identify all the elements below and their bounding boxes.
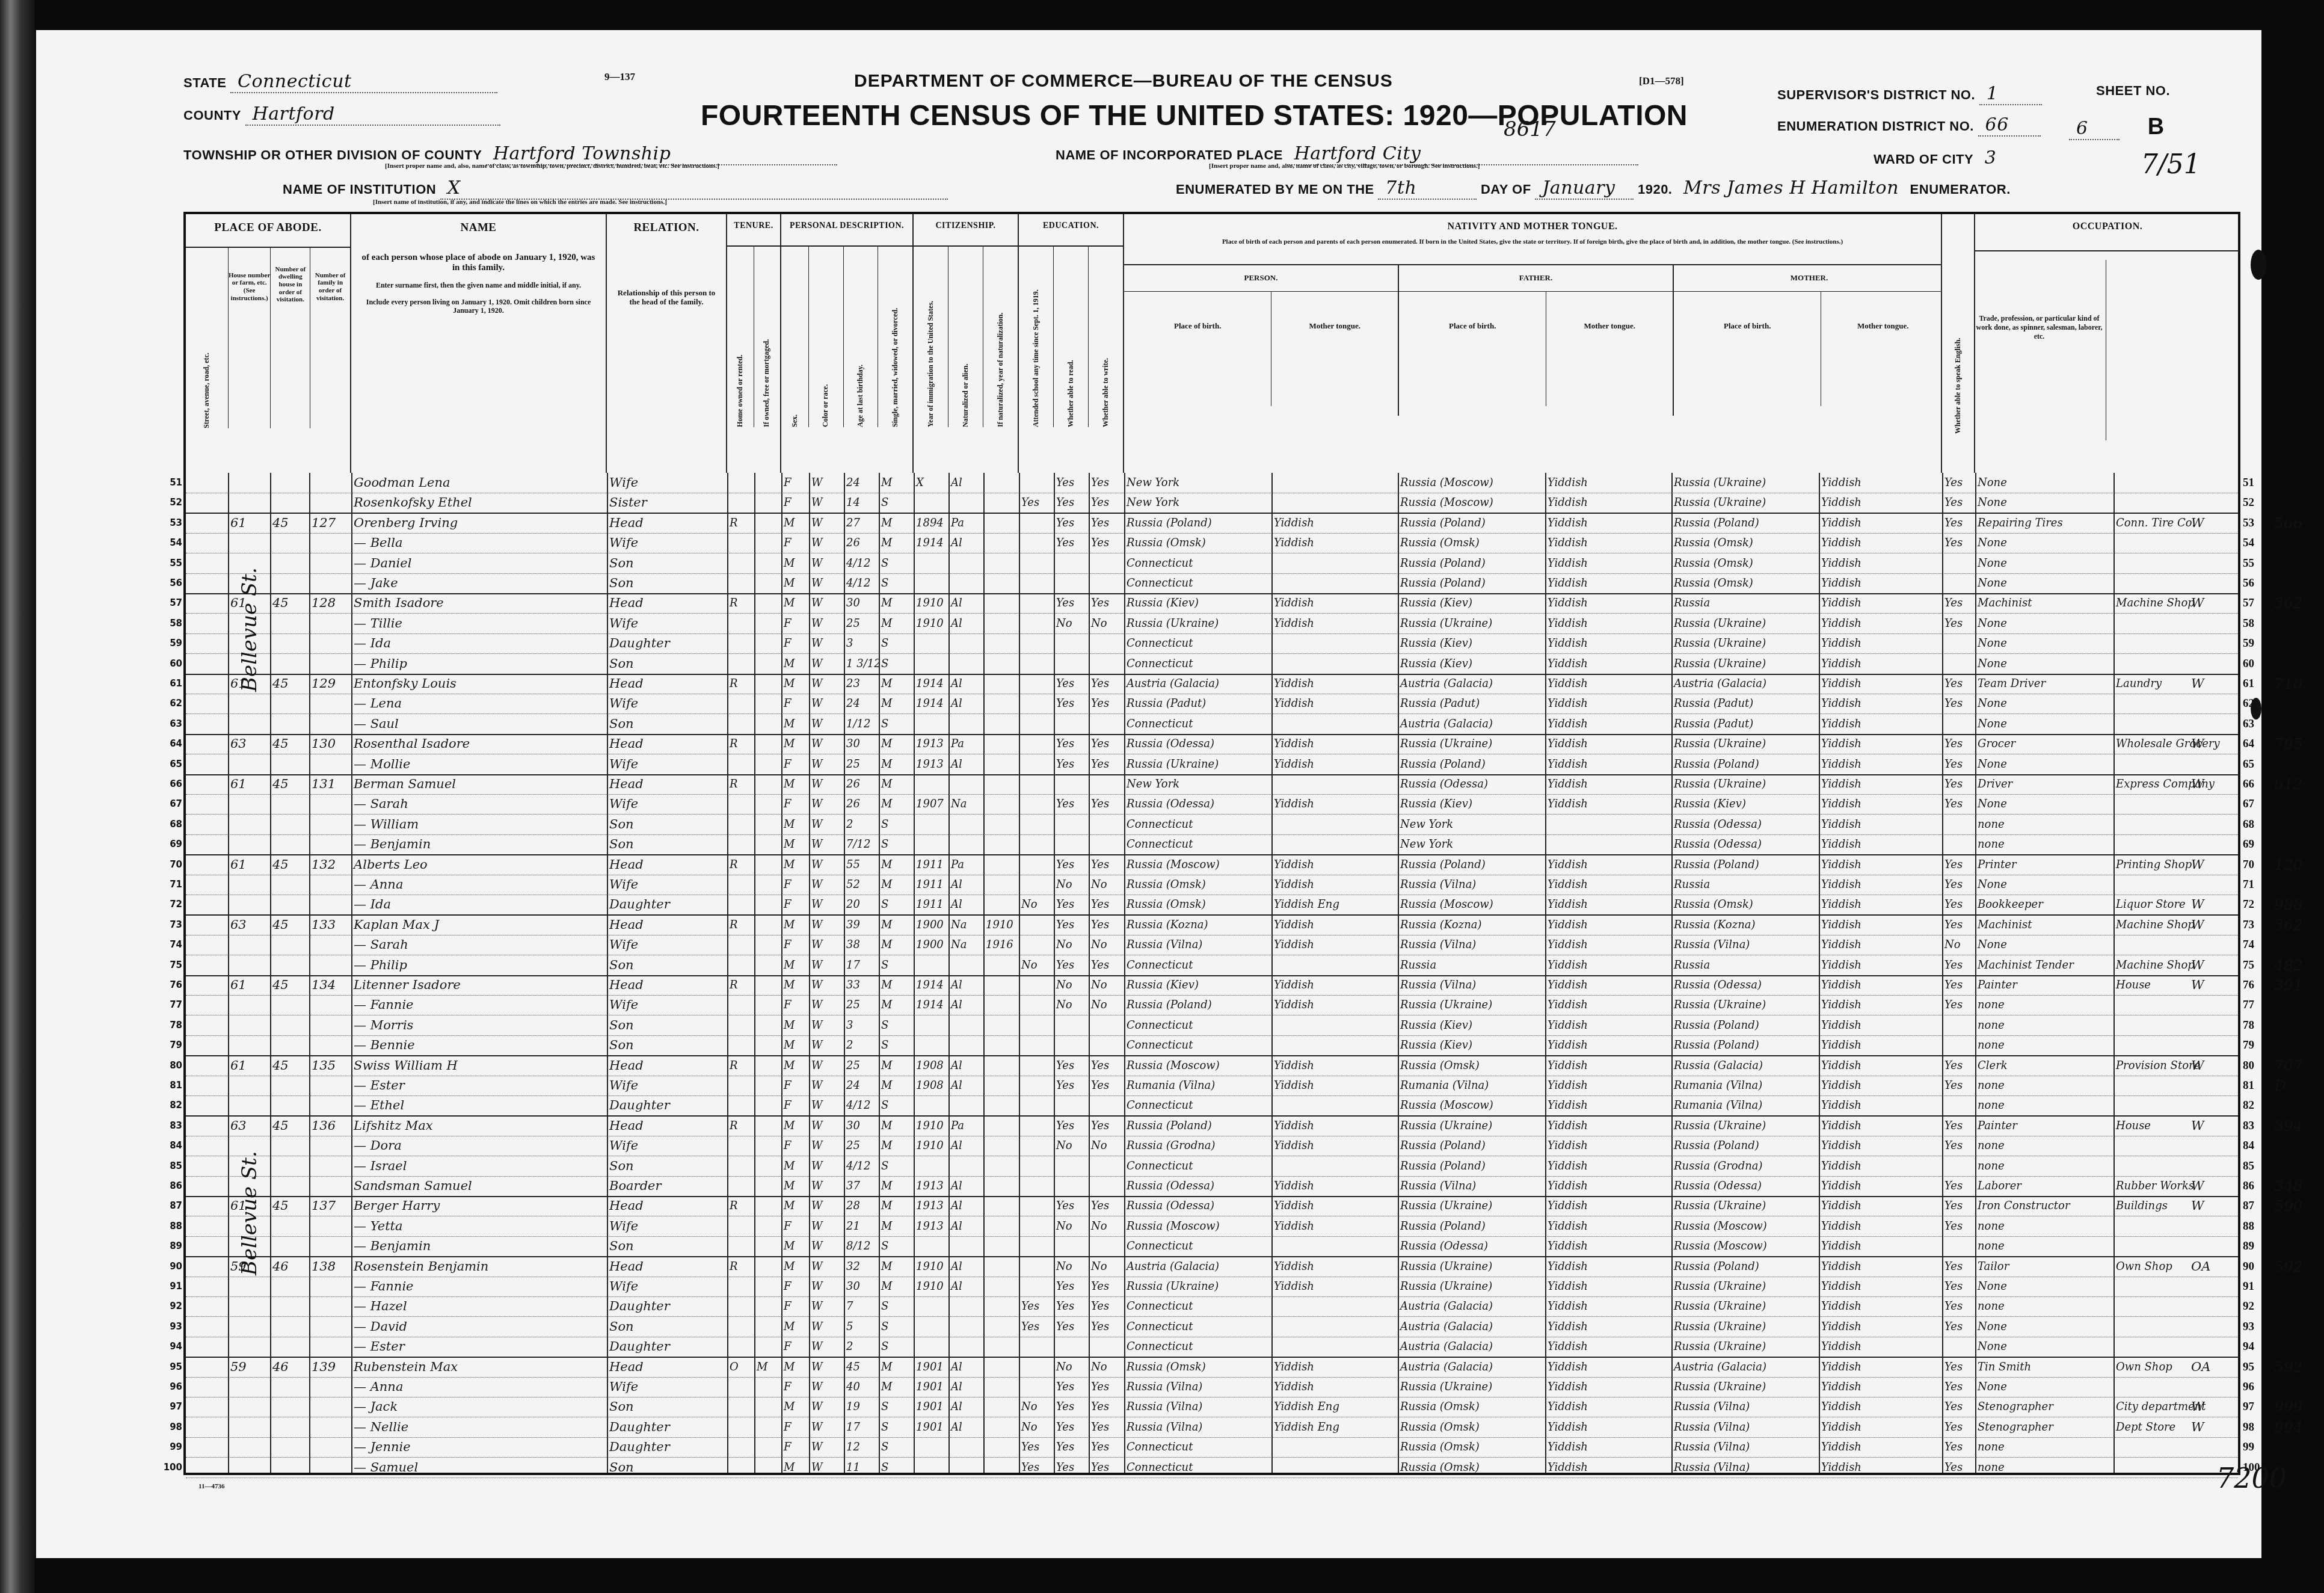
immigration-year: 1911	[914, 895, 948, 914]
relation: Son	[607, 1397, 727, 1417]
col-22-label: Mother tongue.	[1546, 292, 1673, 406]
person-birthplace: Russia (Odessa)	[1124, 1176, 1271, 1196]
can-read	[1054, 573, 1089, 593]
dwelling-number	[270, 614, 309, 633]
worker-class	[2189, 493, 2231, 513]
person-mother-tongue	[1271, 1236, 1398, 1256]
attended-school	[1019, 1277, 1054, 1296]
line-number-right: 98	[2243, 1417, 2273, 1437]
immigration-year: 1914	[914, 995, 948, 1015]
home-owned-rented: R	[727, 1257, 754, 1277]
age: 1 3/12	[844, 654, 879, 674]
home-owned-rented	[727, 493, 754, 513]
institution-value: X	[440, 177, 948, 200]
trade: none	[1975, 815, 2113, 834]
naturalization-year	[983, 1296, 1019, 1316]
relation-desc: Relationship of this person to the head …	[613, 289, 720, 307]
trade: Painter	[1975, 975, 2113, 995]
can-write: Yes	[1089, 674, 1124, 694]
trade: None	[1975, 473, 2113, 493]
worker-class	[2189, 875, 2231, 895]
house-number	[228, 794, 270, 814]
age: 25	[844, 1056, 879, 1076]
sex: F	[781, 895, 809, 914]
house-number	[228, 1095, 270, 1115]
line-number-right: 89	[2243, 1236, 2273, 1256]
speaks-english: No	[1942, 935, 1975, 955]
line-number: 56	[158, 573, 182, 593]
attended-school	[1019, 674, 1054, 694]
attended-school	[1019, 815, 1054, 834]
enumeration-district-value: 66	[1978, 114, 2041, 137]
trade: None	[1975, 1377, 2113, 1397]
dwelling-number	[270, 1216, 309, 1236]
person-mother-tongue: Yiddish	[1271, 754, 1398, 774]
speaks-english	[1942, 1015, 1975, 1035]
family-number: 137	[309, 1196, 351, 1216]
race: W	[809, 533, 844, 553]
can-read	[1054, 633, 1089, 653]
person-birthplace: Russia (Vilna)	[1124, 1417, 1271, 1437]
race: W	[809, 1196, 844, 1216]
attended-school	[1019, 573, 1054, 593]
naturalization-year	[983, 1196, 1019, 1216]
immigration-year: 1894	[914, 513, 948, 533]
naturalization-year	[983, 1257, 1019, 1277]
speaks-english	[1942, 1035, 1975, 1055]
line-number: 66	[158, 774, 182, 794]
relation: Son	[607, 834, 727, 854]
naturalized: Al	[948, 1257, 983, 1277]
line-number-right: 87	[2243, 1196, 2273, 1216]
naturalization-year	[983, 734, 1019, 754]
line-number: 53	[158, 513, 182, 533]
father-mother-tongue: Yiddish	[1545, 1196, 1671, 1216]
line-number-right: 83	[2243, 1116, 2273, 1136]
attended-school	[1019, 593, 1054, 613]
can-read: Yes	[1054, 1116, 1089, 1136]
worker-class	[2189, 1437, 2231, 1457]
worker-class	[2189, 1156, 2231, 1176]
family-number: 139	[309, 1357, 351, 1377]
person-birthplace: Russia (Ukraine)	[1124, 754, 1271, 774]
race: W	[809, 834, 844, 854]
dwelling-number	[270, 1458, 309, 1477]
person-name: — Philip	[351, 955, 607, 975]
father-birthplace: Austria (Galacia)	[1398, 1357, 1545, 1377]
father-mother-tongue: Yiddish	[1545, 875, 1671, 895]
person-mother-tongue: Yiddish Eng	[1271, 895, 1398, 914]
mother-birthplace: Russia (Odessa)	[1671, 834, 1819, 854]
person-name: — Hazel	[351, 1296, 607, 1316]
father-birthplace: Russia (Ukraine)	[1398, 1116, 1545, 1136]
mother-birthplace: Russia (Ukraine)	[1671, 774, 1819, 794]
naturalization-year	[983, 955, 1019, 975]
free-mortgaged	[754, 1458, 781, 1477]
enumerated-year: 1920.	[1638, 182, 1673, 197]
relation: Head	[607, 1357, 727, 1377]
father-mother-tongue: Yiddish	[1545, 1317, 1671, 1337]
marital-status: M	[879, 995, 914, 1015]
person-name: Alberts Leo	[351, 855, 607, 875]
col-20-label: Mother tongue.	[1271, 292, 1398, 406]
col-10-label: Color or race.	[822, 247, 830, 427]
free-mortgaged	[754, 573, 781, 593]
person-birthplace: Russia (Kozna)	[1124, 915, 1271, 935]
home-owned-rented	[727, 633, 754, 653]
age: 17	[844, 955, 879, 975]
father-birthplace: Russia (Odessa)	[1398, 1236, 1545, 1256]
mother-birthplace: Russia (Poland)	[1671, 1257, 1819, 1277]
marital-status: S	[879, 1095, 914, 1115]
person-mother-tongue: Yiddish	[1271, 915, 1398, 935]
worker-class: W	[2189, 955, 2231, 975]
age: 25	[844, 1136, 879, 1156]
table-row: 576145128Smith IsadoreHeadRMW30M1910AlYe…	[186, 593, 2238, 614]
table-row: 86Sandsman SamuelBoarderMW37M1913AlRussi…	[186, 1176, 2238, 1197]
mother-mother-tongue: Yiddish	[1819, 1056, 1942, 1076]
naturalized	[948, 955, 983, 975]
home-owned-rented: O	[727, 1357, 754, 1377]
page-binding-edge	[0, 0, 35, 1593]
street-name-lower: Bellevue St.	[238, 1151, 262, 1275]
family-number	[309, 1216, 351, 1236]
father-mother-tongue: Yiddish	[1545, 1136, 1671, 1156]
table-row: 905946138Rosenstein BenjaminHeadRMW32M19…	[186, 1257, 2238, 1277]
father-birthplace: Russia (Poland)	[1398, 855, 1545, 875]
can-write	[1089, 1236, 1124, 1256]
relation: Son	[607, 955, 727, 975]
father-mother-tongue: Yiddish	[1545, 1056, 1671, 1076]
father-title: FATHER.	[1399, 265, 1673, 291]
home-owned-rented	[727, 694, 754, 713]
family-number: 134	[309, 975, 351, 995]
family-number	[309, 533, 351, 553]
naturalized: Al	[948, 754, 983, 774]
mother-birthplace: Russia (Ukraine)	[1671, 654, 1819, 674]
mother-mother-tongue: Yiddish	[1819, 513, 1942, 533]
table-row: 98— NellieDaughterFW17S1901AlNoYesYesRus…	[186, 1417, 2238, 1438]
dwelling-number	[270, 1337, 309, 1357]
free-mortgaged	[754, 774, 781, 794]
marital-status: M	[879, 1176, 914, 1196]
dwelling-number: 46	[270, 1257, 309, 1277]
line-number: 55	[158, 553, 182, 573]
footer-margin-note: 7200	[2216, 1462, 2287, 1494]
father-mother-tongue: Yiddish	[1545, 734, 1671, 754]
worker-class	[2189, 794, 2231, 814]
age: 3	[844, 633, 879, 653]
immigration-year: 1913	[914, 754, 948, 774]
margin-code: 391	[2274, 975, 2322, 995]
mother-birthplace: Russia (Ukraine)	[1671, 734, 1819, 754]
mother-birthplace: Russia (Odessa)	[1671, 975, 1819, 995]
father-mother-tongue: Yiddish	[1545, 593, 1671, 613]
free-mortgaged	[754, 1116, 781, 1136]
marital-status: M	[879, 1257, 914, 1277]
line-number: 76	[158, 975, 182, 995]
mother-mother-tongue: Yiddish	[1819, 815, 1942, 834]
family-number	[309, 1156, 351, 1176]
free-mortgaged	[754, 855, 781, 875]
trade: none	[1975, 1095, 2113, 1115]
trade: Iron Constructor	[1975, 1196, 2113, 1216]
free-mortgaged	[754, 694, 781, 713]
person-mother-tongue	[1271, 955, 1398, 975]
person-name: Kaplan Max J	[351, 915, 607, 935]
age: 52	[844, 875, 879, 895]
age: 24	[844, 473, 879, 493]
naturalized: Al	[948, 694, 983, 713]
nativity-desc: Place of birth of each person and parent…	[1136, 238, 1929, 246]
speaks-english: Yes	[1942, 1076, 1975, 1095]
relation: Wife	[607, 754, 727, 774]
trade: none	[1975, 1136, 2113, 1156]
race: W	[809, 1015, 844, 1035]
speaks-english: Yes	[1942, 1377, 1975, 1397]
naturalization-year	[983, 774, 1019, 794]
naturalized	[948, 573, 983, 593]
footer-form-code: 11—4736	[198, 1483, 224, 1490]
immigration-year: 1907	[914, 794, 948, 814]
race: W	[809, 855, 844, 875]
enumerated-day: 7th	[1378, 177, 1477, 200]
mother-mother-tongue: Yiddish	[1819, 895, 1942, 914]
race: W	[809, 875, 844, 895]
house-number: 63	[228, 915, 270, 935]
relation: Daughter	[607, 633, 727, 653]
person-mother-tongue: Yiddish	[1271, 1216, 1398, 1236]
relation: Wife	[607, 875, 727, 895]
worker-class	[2189, 815, 2231, 834]
free-mortgaged	[754, 895, 781, 914]
marital-status: M	[879, 1377, 914, 1397]
line-number: 62	[158, 694, 182, 713]
dwelling-number	[270, 1176, 309, 1196]
can-read: No	[1054, 1216, 1089, 1236]
worker-class	[2189, 1277, 2231, 1296]
age: 1/12	[844, 714, 879, 734]
naturalization-year	[983, 1176, 1019, 1196]
person-birthplace: New York	[1124, 493, 1271, 513]
speaks-english	[1942, 1156, 1975, 1176]
free-mortgaged	[754, 1076, 781, 1095]
free-mortgaged	[754, 815, 781, 834]
father-mother-tongue: Yiddish	[1545, 1357, 1671, 1377]
mother-mother-tongue: Yiddish	[1819, 1035, 1942, 1055]
mother-birthplace: Russia (Ukraine)	[1671, 1337, 1819, 1357]
house-number	[228, 493, 270, 513]
worker-class	[2189, 1236, 2231, 1256]
table-row: 58— TillieWifeFW25M1910AlNoNoRussia (Ukr…	[186, 614, 2238, 634]
house-number	[228, 1277, 270, 1296]
age: 24	[844, 694, 879, 713]
free-mortgaged	[754, 935, 781, 955]
marital-status: M	[879, 1056, 914, 1076]
line-number: 52	[158, 493, 182, 513]
trade: Painter	[1975, 1116, 2113, 1136]
can-read: Yes	[1054, 754, 1089, 774]
can-write: Yes	[1089, 493, 1124, 513]
relation: Son	[607, 654, 727, 674]
father-birthplace: Russia (Omsk)	[1398, 1458, 1545, 1477]
person-name: — Bennie	[351, 1035, 607, 1055]
relation: Head	[607, 674, 727, 694]
trade: None	[1975, 1277, 2113, 1296]
line-number: 68	[158, 815, 182, 834]
person-mother-tongue: Yiddish	[1271, 975, 1398, 995]
immigration-year: X	[914, 473, 948, 493]
person-mother-tongue: Yiddish	[1271, 533, 1398, 553]
person-name: — Anna	[351, 875, 607, 895]
line-number-right: 88	[2243, 1216, 2273, 1236]
race: W	[809, 1317, 844, 1337]
naturalization-year	[983, 1417, 1019, 1437]
free-mortgaged	[754, 794, 781, 814]
table-row: 955946139Rubenstein MaxHeadOMMW45M1901Al…	[186, 1357, 2238, 1378]
mother-birthplace: Austria (Galacia)	[1671, 1357, 1819, 1377]
house-number	[228, 935, 270, 955]
can-write	[1089, 553, 1124, 573]
table-row: 100— SamuelSonMW11SYesYesYesConnecticutR…	[186, 1458, 2238, 1478]
person-name: — Dora	[351, 1136, 607, 1156]
mother-birthplace: Russia (Grodna)	[1671, 1156, 1819, 1176]
father-birthplace: Austria (Galacia)	[1398, 714, 1545, 734]
person-mother-tongue	[1271, 815, 1398, 834]
naturalized	[948, 1095, 983, 1115]
line-number: 78	[158, 1015, 182, 1035]
family-number	[309, 1458, 351, 1477]
naturalized: Al	[948, 1076, 983, 1095]
attended-school: No	[1019, 955, 1054, 975]
sex: M	[781, 1015, 809, 1035]
mother-birthplace: Russia (Ukraine)	[1671, 1317, 1819, 1337]
relation: Daughter	[607, 1437, 727, 1457]
home-owned-rented	[727, 815, 754, 834]
col-18-label: Whether able to write.	[1102, 247, 1110, 427]
line-number: 100	[158, 1458, 182, 1477]
naturalized: Al	[948, 1136, 983, 1156]
person-mother-tongue: Yiddish	[1271, 694, 1398, 713]
sex: M	[781, 593, 809, 613]
relation: Wife	[607, 1216, 727, 1236]
father-birthplace: Russia (Ukraine)	[1398, 1377, 1545, 1397]
incorporated-place-hint: [Insert proper name and, also, name of c…	[1209, 162, 1480, 170]
trade: Tailor	[1975, 1257, 2113, 1277]
free-mortgaged	[754, 1437, 781, 1457]
sex: M	[781, 1116, 809, 1136]
table-row: 85— IsraelSonMW4/12SConnecticutRussia (P…	[186, 1156, 2238, 1177]
naturalization-year	[983, 674, 1019, 694]
home-owned-rented: R	[727, 513, 754, 533]
naturalization-year	[983, 513, 1019, 533]
dwelling-number: 45	[270, 674, 309, 694]
form-code: [D1—578]	[1639, 75, 1684, 87]
attended-school: No	[1019, 1397, 1054, 1417]
table-row: 836345136Lifshitz MaxHeadRMW30M1910PaYes…	[186, 1116, 2238, 1136]
race: W	[809, 1397, 844, 1417]
race: W	[809, 1277, 844, 1296]
mother-mother-tongue: Yiddish	[1819, 614, 1942, 633]
father-mother-tongue: Yiddish	[1545, 1216, 1671, 1236]
can-write: Yes	[1089, 855, 1124, 875]
home-owned-rented	[727, 1277, 754, 1296]
family-number	[309, 1015, 351, 1035]
immigration-year: 1911	[914, 855, 948, 875]
line-number: 54	[158, 533, 182, 553]
col-23-label: Place of birth.	[1674, 292, 1821, 406]
dwelling-number	[270, 1317, 309, 1337]
mother-birthplace: Russia (Ukraine)	[1671, 1277, 1819, 1296]
trade: none	[1975, 1015, 2113, 1035]
margin-code: 482	[2274, 955, 2322, 975]
free-mortgaged	[754, 1296, 781, 1316]
person-birthplace: Russia (Moscow)	[1124, 855, 1271, 875]
race: W	[809, 553, 844, 573]
mother-mother-tongue: Yiddish	[1819, 955, 1942, 975]
age: 19	[844, 1397, 879, 1417]
house-number	[228, 533, 270, 553]
father-birthplace: Russia (Moscow)	[1398, 895, 1545, 914]
relation: Wife	[607, 1136, 727, 1156]
can-write: No	[1089, 995, 1124, 1015]
naturalization-year: 1916	[983, 935, 1019, 955]
father-birthplace: Russia (Ukraine)	[1398, 995, 1545, 1015]
immigration-year: 1914	[914, 694, 948, 713]
mother-mother-tongue: Yiddish	[1819, 674, 1942, 694]
immigration-year	[914, 714, 948, 734]
sheet-side: B	[2148, 114, 2165, 140]
father-mother-tongue: Yiddish	[1545, 1277, 1671, 1296]
can-read: Yes	[1054, 1437, 1089, 1457]
can-read: No	[1054, 1357, 1089, 1377]
relation: Son	[607, 815, 727, 834]
marital-status: M	[879, 734, 914, 754]
house-number	[228, 875, 270, 895]
naturalization-year	[983, 1056, 1019, 1076]
free-mortgaged	[754, 1015, 781, 1035]
mother-mother-tongue: Yiddish	[1819, 1236, 1942, 1256]
immigration-year: 1910	[914, 1136, 948, 1156]
trade: Grocer	[1975, 734, 2113, 754]
line-number: 57	[158, 593, 182, 613]
sex: M	[781, 1257, 809, 1277]
line-number: 88	[158, 1216, 182, 1236]
speaks-english	[1942, 1337, 1975, 1357]
immigration-year	[914, 815, 948, 834]
race: W	[809, 975, 844, 995]
home-owned-rented	[727, 1136, 754, 1156]
marital-status: S	[879, 895, 914, 914]
attended-school	[1019, 774, 1054, 794]
can-read	[1054, 714, 1089, 734]
sex: M	[781, 915, 809, 935]
immigration-year	[914, 1296, 948, 1316]
marital-status: S	[879, 1035, 914, 1055]
relation: Wife	[607, 614, 727, 633]
mother-mother-tongue: Yiddish	[1819, 694, 1942, 713]
can-write: Yes	[1089, 794, 1124, 814]
mother-mother-tongue: Yiddish	[1819, 654, 1942, 674]
sex: F	[781, 533, 809, 553]
naturalized	[948, 1156, 983, 1176]
dwelling-number: 45	[270, 593, 309, 613]
marital-status: M	[879, 513, 914, 533]
relation: Wife	[607, 995, 727, 1015]
enumerated-label: ENUMERATED BY ME ON THE	[1176, 182, 1374, 197]
attended-school	[1019, 875, 1054, 895]
line-number-right: 94	[2243, 1337, 2273, 1357]
